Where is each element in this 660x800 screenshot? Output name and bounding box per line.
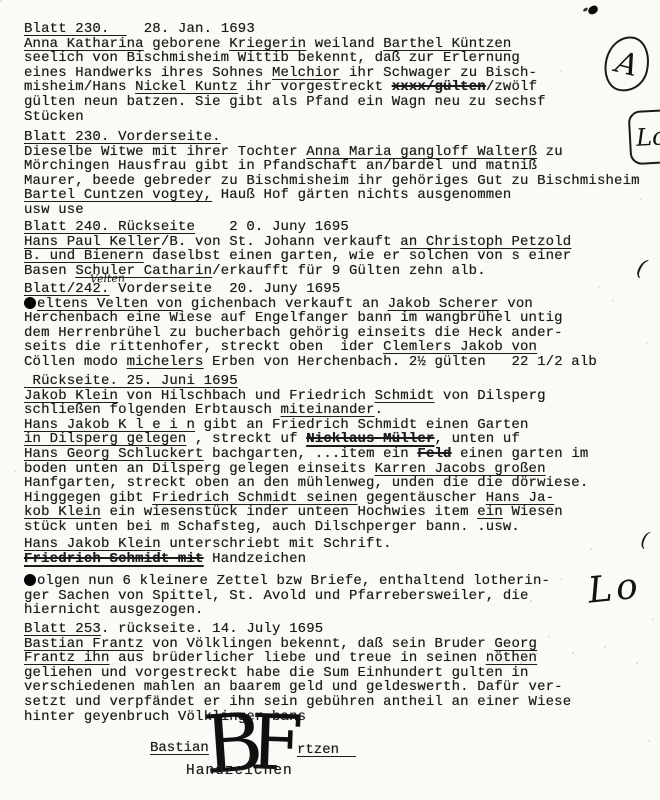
emphasized-text: Nickel Kuntz (135, 79, 238, 95)
text-segment: . (375, 402, 384, 418)
text-line: schließen folgenden Erbtausch miteinande… (24, 403, 660, 418)
text-line: Rückseite. 25. Juni 1695 (24, 374, 660, 389)
text-segment: Erben von Herchenbach. 2½ gülten 22 1/2 … (204, 354, 597, 370)
text-segment: Handzeichen (204, 551, 307, 567)
text-segment: , streckt uf (186, 431, 306, 447)
text-segment: einen garten im (452, 446, 589, 462)
text-line: Cöllen modo michelers Erben von Herchenb… (24, 355, 660, 370)
text-segment: hiernicht ausgezogen. (24, 602, 204, 618)
text-segment: /zwölf (486, 79, 537, 95)
text-line: boden unten an Dilsperg gelegen einseits… (24, 462, 660, 477)
text-line: Blatt 240. Rückseite 2 0. Juny 1695 (24, 220, 660, 235)
signature-caption: Handzeichen (186, 763, 293, 779)
emphasized-text: kob Klein (24, 504, 101, 520)
text-segment: misheim/Hans (24, 79, 135, 95)
text-line: B. und Bienern daselbst einen garten, wi… (24, 249, 660, 264)
text-segment: gülten neun batzen. Sie gibt als Pfand e… (24, 94, 546, 110)
text-segment: 2 0. Juny 1695 (195, 219, 349, 235)
text-line: in Dilsperg gelegen , streckt uf Nicklau… (24, 432, 660, 447)
margin-lo-annotation: Lo (586, 565, 644, 611)
text-segment: Herchenbach eine Wiese auf Engelfanger b… (24, 310, 563, 326)
ink-blob (24, 297, 36, 309)
text-line: stück unten bei m Schafsteg, auch Dilsch… (24, 520, 660, 535)
text-segment: schließen folgenden Erbtausch (24, 402, 281, 418)
text-line: olgen nun 6 kleinere Zettel bzw Briefe, … (24, 574, 660, 589)
text-segment: , unten uf (435, 431, 521, 447)
text-line: Friedrich Schmidt mit Handzeichen (24, 552, 660, 567)
text-segment: seelich von Bischmisheim Wittib bekennt,… (24, 50, 520, 66)
text-line: Blatt 230. Vorderseite. (24, 130, 660, 145)
note-zettel: olgen nun 6 kleinere Zettel bzw Briefe, … (24, 574, 660, 618)
text-line: Blatt 230. 28. Jan. 1693 (24, 22, 660, 37)
emphasized-text: Rückseite. 25. Juni 1695 (24, 373, 238, 389)
entry-rueckseite-25-juni-1695: Rückseite. 25. Juni 1695Jakob Klein von … (24, 374, 660, 535)
text-line: Blatt 253. rückseite. 14. July 1695 (24, 622, 660, 637)
text-line: Herchenbach eine Wiese auf Engelfanger b… (24, 311, 660, 326)
text-line: Bastian Frantz von Völklingen bekennt, d… (24, 637, 660, 652)
emphasized-text: nöthen (486, 650, 537, 666)
signature-typed-last-name: rtzen (297, 742, 356, 758)
text-line: Mörchingen Hausfrau gibt in Pfandschaft … (24, 159, 660, 174)
text-line: Hans Paul Keller/B. von St. Johann verka… (24, 235, 660, 250)
text-segment: /erkaufft für 9 Gülten zehn alb. (212, 263, 486, 279)
text-segment: Stücken (24, 109, 84, 125)
text-line: seits die rittenhofer, streckt oben ider… (24, 340, 660, 355)
inserted-word-annotation: Velten (90, 271, 125, 285)
scan-noise-speckles (0, 0, 2, 2)
text-segment: ihr vorgestreckt (238, 79, 392, 95)
emphasized-text: Feld (417, 446, 451, 462)
entry-blatt-230-vorderseite: Blatt 230. Vorderseite.Dieselbe Witwe mi… (24, 130, 660, 218)
text-line: Jakob Klein von Hilschbach und Friedrich… (24, 389, 660, 404)
emphasized-text: Hans Jakob Klein (24, 536, 161, 552)
text-line: setzt und verpfändet er ihn sein gebühre… (24, 695, 660, 710)
emphasized-text: Schmidt (375, 388, 435, 404)
emphasized-text: B. und Bienern (24, 248, 144, 264)
entry-blatt-242-vorderseite-20-juny-1695: Blatt/242. Vorderseite 20. Juny 1695elte… (24, 282, 660, 370)
emphasized-text: ein (477, 504, 503, 520)
entry-unterschriften: Hans Jakob Klein unterschriebt mit Schri… (24, 537, 660, 566)
text-line: Dieselbe Witwe mit ihrer Tochter Anna Ma… (24, 145, 660, 160)
text-line: kob Klein ein wiesenstück inder unteen H… (24, 505, 660, 520)
text-segment: Mörchingen Hausfrau gibt in Pfandschaft … (24, 158, 537, 174)
text-segment: Hanfgarten, streckt oben an den mühlenwe… (24, 475, 588, 491)
entry-blatt-253-14-july-1695: Blatt 253. rückseite. 14. July 1695Basti… (24, 622, 660, 724)
text-segment: unterschriebt mit Schrift. (161, 536, 392, 552)
emphasized-text: Blatt 230. (24, 21, 127, 37)
signature-typed-first-name: Bastian (150, 740, 209, 756)
emphasized-text: Hans Georg Schluckert (24, 446, 204, 462)
scanned-document-page: Blatt 230. 28. Jan. 1693Anna Katharina g… (0, 0, 660, 800)
text-segment: seits die rittenhofer, streckt oben ider (24, 339, 383, 355)
text-line: misheim/Hans Nickel Kuntz ihr vorgestrec… (24, 80, 660, 95)
text-segment: 28. Jan. 1693 (127, 21, 255, 37)
text-line: Frantz ihn aus brüderlicher liebe und tr… (24, 651, 660, 666)
text-segment: von Dilsperg (435, 388, 546, 404)
entry-blatt-240-rueckseite-20-juny-1695: Blatt 240. Rückseite 2 0. Juny 1695Hans … (24, 220, 660, 278)
text-line: Stücken (24, 110, 660, 125)
circled-letter-a-text: A (612, 44, 641, 83)
text-line: hiernicht ausgezogen. (24, 603, 660, 618)
text-segment: verschiedenen mahlen an baarem geld und … (24, 679, 563, 695)
text-line: ger Sachen von Spittel, St. Avold und Pf… (24, 589, 660, 604)
emphasized-text: Bartel Cuntzen vogtey, (24, 187, 212, 203)
text-segment: aus brüderlicher liebe und treue in sein… (110, 650, 486, 666)
ink-blob-mark (587, 5, 599, 16)
emphasized-text: Blatt 230. Vorderseite. (24, 129, 221, 145)
text-segment: bachgarten, ...item ein (204, 446, 418, 462)
text-segment: Vorderseite 20. Juny 1695 (110, 281, 341, 297)
text-segment: Wiesen (503, 504, 563, 520)
boxed-lo-annotation: Lo (628, 109, 660, 165)
text-segment: daselbst einen garten, wie er solchen vo… (144, 248, 572, 264)
text-line: Anna Katharina geborene Kriegerin weilan… (24, 37, 660, 52)
text-line: Hans Georg Schluckert bachgarten, ...ite… (24, 447, 660, 462)
text-line: Hanfgarten, streckt oben an den mühlenwe… (24, 476, 660, 491)
emphasized-text: Blatt 253 (24, 621, 101, 637)
emphasized-text: Clemlers Jakob von (383, 339, 537, 355)
text-line: Bartel Cuntzen vogtey, Hauß Hof gärten n… (24, 188, 660, 203)
emphasized-text: miteinander (281, 402, 375, 418)
text-segment: olgen nun 6 kleinere Zettel bzw Briefe, … (37, 573, 550, 589)
text-line: gülten neun batzen. Sie gibt als Pfand e… (24, 95, 660, 110)
emphasized-text: xxxx/gülten (392, 79, 486, 95)
text-segment: Hauß Hof gärten nichts ausgenommen (212, 187, 511, 203)
text-segment: zu (537, 144, 563, 160)
text-segment: usw use (24, 202, 84, 218)
text-line: verschiedenen mahlen an baarem geld und … (24, 680, 660, 695)
emphasized-text: Frantz ihn (24, 650, 110, 666)
emphasized-text: Friedrich Schmidt mit (24, 551, 204, 567)
text-line: usw use (24, 203, 660, 218)
text-segment: . rückseite. 14. July 1695 (101, 621, 323, 637)
emphasized-text: Blatt 240. Rückseite (24, 219, 195, 235)
boxed-lo-text: Lo (635, 122, 660, 152)
ink-blob (24, 574, 36, 586)
text-segment: Cöllen modo (24, 354, 127, 370)
text-line: Hans Jakob Klein unterschriebt mit Schri… (24, 537, 660, 552)
text-line: seelich von Bischmisheim Wittib bekennt,… (24, 51, 660, 66)
emphasized-text: Nicklaus Müller (306, 431, 434, 447)
text-segment: Basen (24, 263, 75, 279)
entry-blatt-230-28-jan-1693: Blatt 230. 28. Jan. 1693Anna Katharina g… (24, 22, 660, 124)
emphasized-text: michelers (127, 354, 204, 370)
text-line: eltens Velten von gichenbach verkauft an… (24, 297, 660, 312)
emphasized-text: in Dilsperg gelegen (24, 431, 186, 447)
text-line: hinter geyenbruch Völklinger bans (24, 710, 660, 725)
text-segment: stück unten bei m Schafsteg, auch Dilsch… (24, 519, 520, 535)
text-segment: ein wiesenstück inder unteen Hochwies it… (101, 504, 477, 520)
